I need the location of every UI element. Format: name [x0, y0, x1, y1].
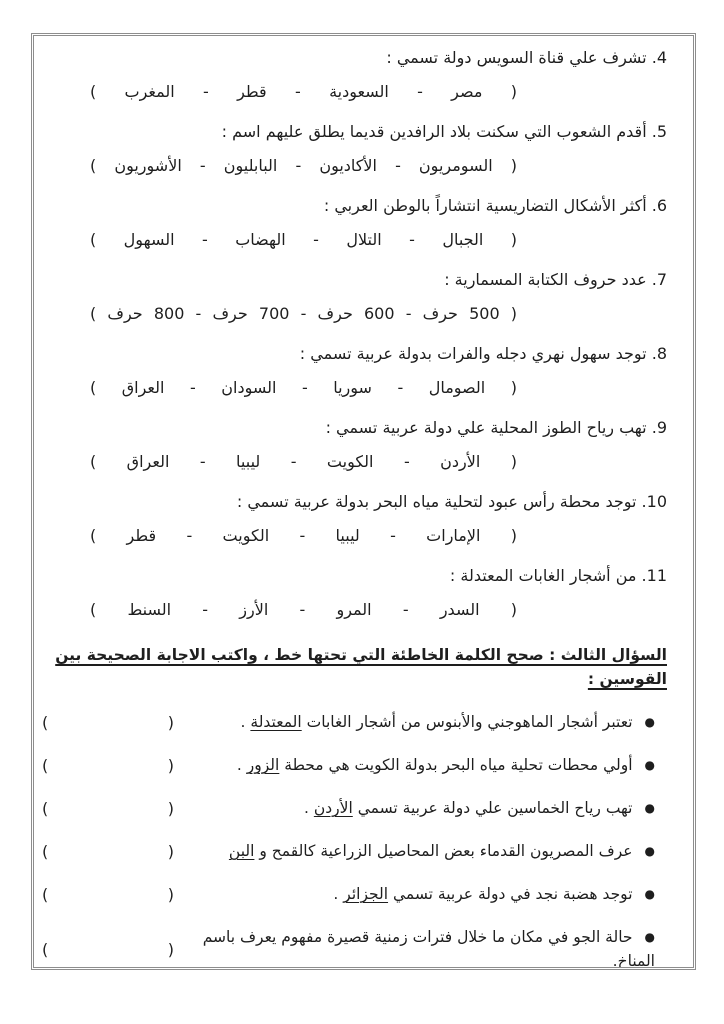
sentence-before-wrong-word: توجد هضبة نجد في دولة عربية تسمي [388, 885, 632, 903]
bullet-icon: ● [645, 844, 655, 858]
bullet-icon: ● [645, 715, 655, 729]
correction-sentence: ●عرف المصريون القدماء بعض المحاصيل الزرا… [229, 839, 655, 863]
correction-sentence: ●تعتبر أشجار الماهوجني والأبنوس من أشجار… [241, 710, 655, 734]
question-block: 6. أكثر الأشكال التضاريسية انتشاراً بالو… [42, 194, 667, 251]
open-paren: ( [42, 713, 48, 732]
close-paren: ) [168, 885, 174, 904]
answer-space: () [42, 799, 174, 818]
sentence-after-wrong-word: . [304, 799, 314, 817]
underlined-wrong-word: الزور [247, 756, 280, 774]
sentence-before-wrong-word: تهب رياح الخماسين علي دولة عربية تسمي [353, 799, 633, 817]
sentence-before-wrong-word: عرف المصريون القدماء بعض المحاصيل الزراع… [254, 842, 632, 860]
question-options: ( الأردن - الكويت - ليبيا - العراق ) [90, 450, 517, 473]
section-three-title: السؤال الثالث : صحح الكلمة الخاطئة التي … [55, 646, 667, 688]
question-text: 4. تشرف علي قناة السويس دولة تسمي : [42, 46, 667, 69]
bullet-icon: ● [645, 801, 655, 815]
answer-space: () [42, 713, 174, 732]
correction-item: ●تعتبر أشجار الماهوجني والأبنوس من أشجار… [42, 710, 667, 734]
question-block: 7. عدد حروف الكتابة المسمارية : ( 500 حر… [42, 268, 667, 325]
sentence-before-wrong-word: أولي محطات تحلية مياه البحر بدولة الكويت… [279, 756, 632, 774]
question-text: 11. من أشجار الغابات المعتدلة : [42, 564, 667, 587]
correction-item: ●أولي محطات تحلية مياه البحر بدولة الكوي… [42, 753, 667, 777]
sentence-before-wrong-word: حالة الجو في مكان ما خلال فترات زمنية قص… [203, 928, 633, 946]
question-options: ( مصر - السعودية - قطر - المغرب ) [90, 80, 517, 103]
question-options: ( السومريون - الأكاديون - البابليون - ال… [90, 154, 517, 177]
open-paren: ( [42, 842, 48, 861]
correction-item: ●عرف المصريون القدماء بعض المحاصيل الزرا… [42, 839, 667, 863]
underlined-wrong-word: المعتدلة [250, 713, 301, 731]
question-options: ( الصومال - سوريا - السودان - العراق ) [90, 376, 517, 399]
question-text: 7. عدد حروف الكتابة المسمارية : [42, 268, 667, 291]
question-text: 6. أكثر الأشكال التضاريسية انتشاراً بالو… [42, 194, 667, 217]
bullet-icon: ● [645, 758, 655, 772]
close-paren: ) [168, 713, 174, 732]
correction-item: ●توجد هضبة نجد في دولة عربية تسمي الجزائ… [42, 882, 667, 906]
mcq-section: 4. تشرف علي قناة السويس دولة تسمي : ( مص… [42, 46, 667, 621]
underlined-wrong-word: المناخ [618, 952, 655, 970]
sentence-after-wrong-word: . [333, 885, 343, 903]
question-options: ( 500 حرف - 600 حرف - 700 حرف - 800 حرف … [90, 302, 517, 325]
close-paren: ) [168, 842, 174, 861]
bullet-icon: ● [645, 887, 655, 901]
page-border-frame: 4. تشرف علي قناة السويس دولة تسمي : ( مص… [31, 33, 696, 970]
correction-sentence: ●تهب رياح الخماسين علي دولة عربية تسمي ا… [304, 796, 655, 820]
question-block: 11. من أشجار الغابات المعتدلة : ( السدر … [42, 564, 667, 621]
answer-space: () [42, 756, 174, 775]
bullet-icon: ● [645, 930, 655, 944]
sentence-after-wrong-word: . [241, 713, 251, 731]
section-three-header: السؤال الثالث : صحح الكلمة الخاطئة التي … [42, 643, 667, 691]
close-paren: ) [168, 940, 174, 959]
correction-sentence: ●توجد هضبة نجد في دولة عربية تسمي الجزائ… [333, 882, 655, 906]
correction-sentence: ●أولي محطات تحلية مياه البحر بدولة الكوي… [237, 753, 655, 777]
question-options: ( الإمارات - ليبيا - الكويت - قطر ) [90, 524, 517, 547]
answer-space: () [42, 940, 174, 959]
correction-section: ●تعتبر أشجار الماهوجني والأبنوس من أشجار… [42, 710, 667, 970]
correction-item: ●حالة الجو في مكان ما خلال فترات زمنية ق… [42, 925, 667, 970]
question-text: 10. توجد محطة رأس عبود لتحلية مياه البحر… [42, 490, 667, 513]
question-block: 10. توجد محطة رأس عبود لتحلية مياه البحر… [42, 490, 667, 547]
correction-item: ●تهب رياح الخماسين علي دولة عربية تسمي ا… [42, 796, 667, 820]
underlined-wrong-word: البن [229, 842, 255, 860]
question-text: 8. توجد سهول نهري دجله والفرات بدولة عرب… [42, 342, 667, 365]
open-paren: ( [42, 940, 48, 959]
question-text: 5. أقدم الشعوب التي سكنت بلاد الرافدين ق… [42, 120, 667, 143]
correction-sentence: ●حالة الجو في مكان ما خلال فترات زمنية ق… [174, 925, 655, 970]
question-block: 9. تهب رياح الطوز المحلية علي دولة عربية… [42, 416, 667, 473]
question-options: ( الجبال - التلال - الهضاب - السهول ) [90, 228, 517, 251]
answer-space: () [42, 842, 174, 861]
close-paren: ) [168, 756, 174, 775]
underlined-wrong-word: الأردن [314, 799, 353, 817]
underlined-wrong-word: الجزائر [343, 885, 388, 903]
open-paren: ( [42, 799, 48, 818]
open-paren: ( [42, 885, 48, 904]
open-paren: ( [42, 756, 48, 775]
sentence-after-wrong-word: . [237, 756, 247, 774]
close-paren: ) [168, 799, 174, 818]
question-block: 5. أقدم الشعوب التي سكنت بلاد الرافدين ق… [42, 120, 667, 177]
question-options: ( السدر - المرو - الأرز - السنط ) [90, 598, 517, 621]
question-block: 8. توجد سهول نهري دجله والفرات بدولة عرب… [42, 342, 667, 399]
answer-space: () [42, 885, 174, 904]
question-block: 4. تشرف علي قناة السويس دولة تسمي : ( مص… [42, 46, 667, 103]
sentence-before-wrong-word: تعتبر أشجار الماهوجني والأبنوس من أشجار … [302, 713, 633, 731]
question-text: 9. تهب رياح الطوز المحلية علي دولة عربية… [42, 416, 667, 439]
